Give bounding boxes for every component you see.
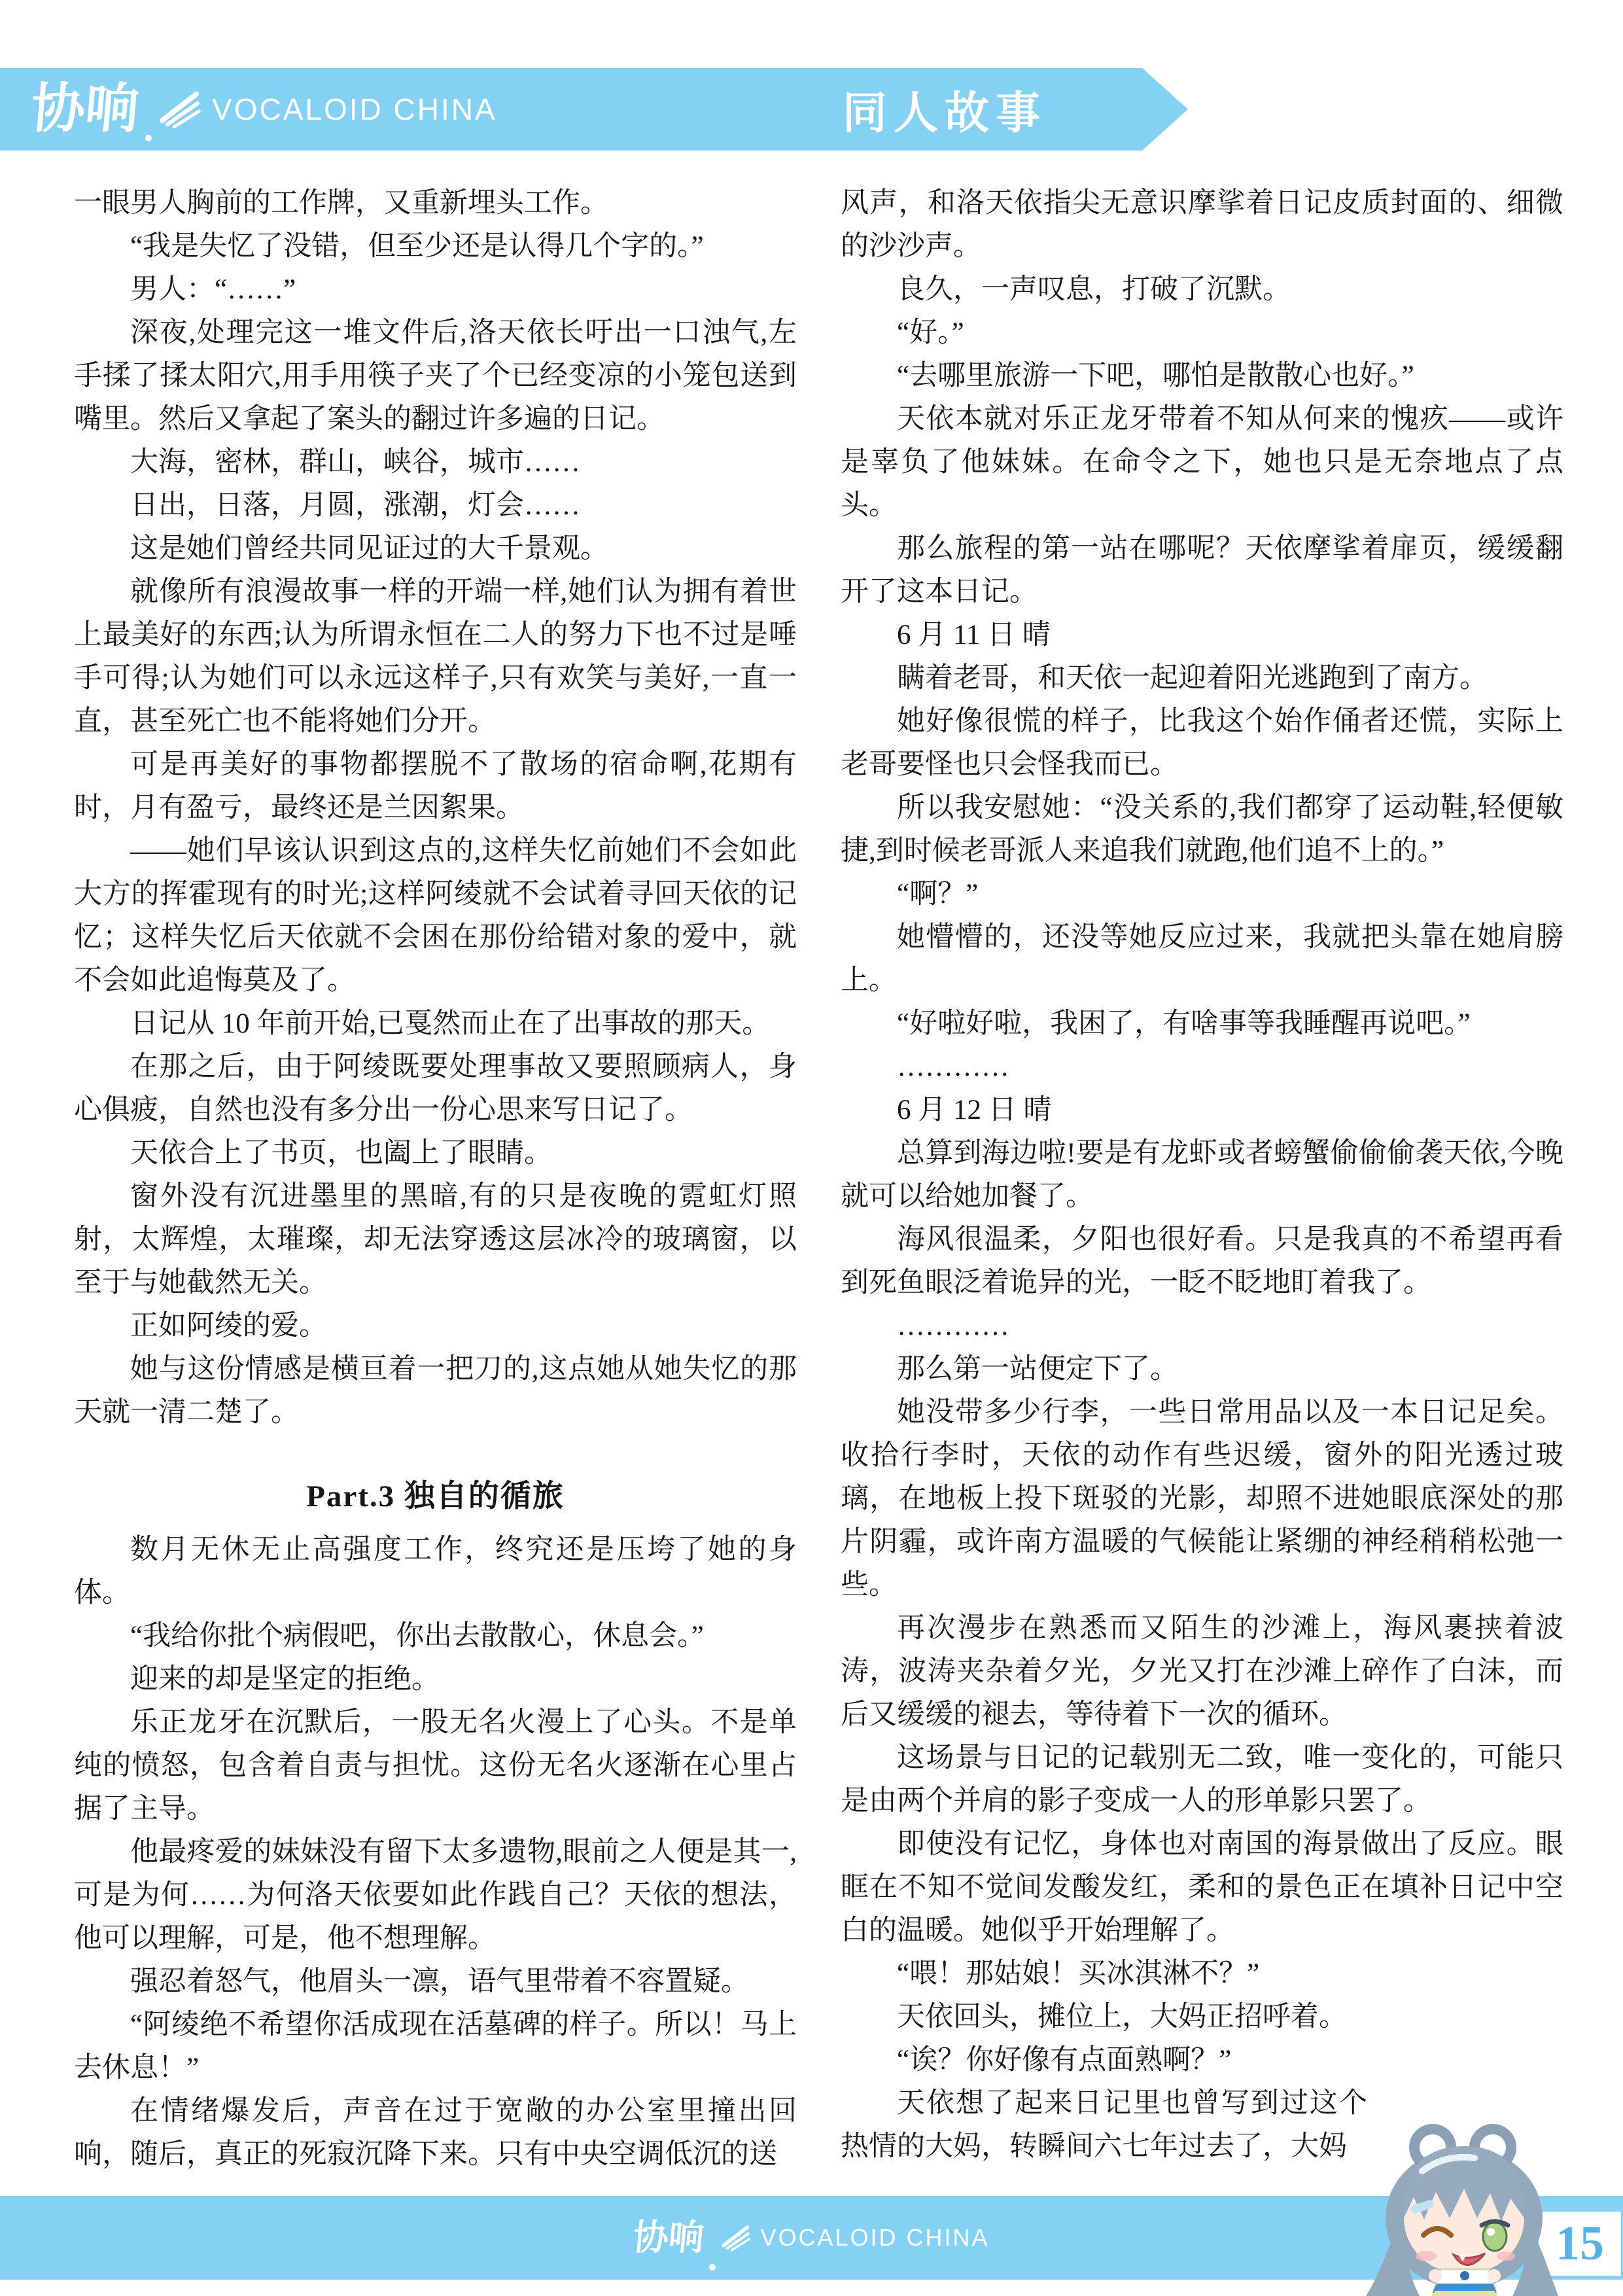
story-paragraph: ——她们早该认识到这点的,这样失忆前她们不会如此大方的挥霍现有的时光;这样阿绫就… xyxy=(74,830,797,1002)
story-paragraph: 日记从 10 年前开始,已戛然而止在了出事故的那天。 xyxy=(74,1002,797,1046)
story-paragraph: 迎来的却是坚定的拒绝。 xyxy=(74,1658,797,1701)
wing-icon xyxy=(721,2224,751,2252)
story-paragraph: 即使没有记忆，身体也对南国的海景做出了反应。眼眶在不知不觉间发酸发红，柔和的景色… xyxy=(841,1823,1563,1952)
section-title: 同人故事 xyxy=(843,68,1047,150)
story-paragraph: 正如阿绫的爱。 xyxy=(74,1305,797,1348)
story-paragraph: 他最疼爱的妹妹没有留下太多遗物,眼前之人便是其一,可是为何……为何洛天依要如此作… xyxy=(74,1831,797,1960)
story-paragraph: “喂！那姑娘！买冰淇淋不？” xyxy=(841,1952,1563,1996)
story-paragraph: 她好像很慌的样子，比我这个始作俑者还慌，实际上老哥要怪也只会怪我而已。 xyxy=(841,700,1563,786)
story-paragraph: 海风很温柔，夕阳也很好看。只是我真的不希望再看到死鱼眼泛着诡异的光，一眨不眨地盯… xyxy=(841,1218,1563,1305)
story-paragraph: 总算到海边啦!要是有龙虾或者螃蟹偷偷偷袭天依,今晚就可以给她加餐了。 xyxy=(841,1132,1563,1218)
story-paragraph: 天依合上了书页，也阖上了眼睛。 xyxy=(74,1132,797,1175)
section-heading: Part.3 独自的循旅 xyxy=(74,1475,797,1518)
story-paragraph: 瞒着老哥，和天依一起迎着阳光逃跑到了南方。 xyxy=(841,657,1563,700)
story-paragraph: 这是她们曾经共同见证过的大千景观。 xyxy=(74,527,797,571)
mascot-dress xyxy=(1429,2269,1501,2296)
story-paragraph: “去哪里旅游一下吧，哪怕是散散心也好。” xyxy=(841,355,1563,398)
story-paragraph: ………… xyxy=(841,1305,1563,1348)
mascot-open-eye xyxy=(1482,2221,1508,2251)
logo-dot xyxy=(145,135,152,141)
story-paragraph: 再次漫步在熟悉而又陌生的沙滩上，海风裹挟着波涛，波涛夹杂着夕光，夕光又打在沙滩上… xyxy=(841,1607,1563,1737)
logo-en-text: VOCALOID CHINA xyxy=(760,2226,989,2250)
story-paragraph: 深夜,处理完这一堆文件后,洛天依长吁出一口浊气,左手揉了揉太阳穴,用手用筷子夹了… xyxy=(74,311,797,441)
story-paragraph: 她与这份情感是横亘着一把刀的,这点她从她失忆的那天就一清二楚了。 xyxy=(74,1348,797,1434)
story-paragraph: 数月无休无止高强度工作，终究还是压垮了她的身体。 xyxy=(74,1528,797,1615)
story-paragraph: “啊？” xyxy=(841,873,1563,916)
story-paragraph: 男人：“……” xyxy=(74,268,797,311)
story-paragraph: 在那之后，由于阿绫既要处理事故又要照顾病人，身心俱疲，自然也没有多分出一份心思来… xyxy=(74,1046,797,1132)
story-paragraph: “好。” xyxy=(841,311,1563,355)
story-paragraph: 大海，密林，群山，峡谷，城市…… xyxy=(74,441,797,484)
story-paragraph: 天依本就对乐正龙牙带着不知从何来的愧疚——或许是辜负了他妹妹。在命令之下，她也只… xyxy=(841,398,1563,527)
left-column: 一眼男人胸前的工作牌，又重新埋头工作。“我是失忆了没错，但至少还是认得几个字的。… xyxy=(74,182,797,2176)
story-paragraph: “我是失忆了没错，但至少还是认得几个字的。” xyxy=(74,225,797,268)
magazine-page: { "theme": { "banner_blue": "#85d1f3", "… xyxy=(0,0,1623,2296)
story-paragraph: 天依回头，摊位上，大妈正招呼着。 xyxy=(841,1996,1563,2039)
right-column: 风声，和洛天依指尖无意识摩挲着日记皮质封面的、细微的沙沙声。良久，一声叹息，打破… xyxy=(841,182,1563,2174)
story-paragraph: 6 月 12 日 晴 xyxy=(841,1089,1563,1132)
header-logo: 协响 VOCALOID CHINA xyxy=(31,68,497,150)
logo-dot xyxy=(709,2264,716,2270)
story-paragraph: ………… xyxy=(841,1046,1563,1089)
story-paragraph: “阿绫绝不希望你活成现在活墓碑的样子。所以！马上去休息！” xyxy=(74,2004,797,2090)
story-paragraph: 日出，日落，月圆，涨潮，灯会…… xyxy=(74,484,797,527)
story-paragraph: 在情绪爆发后，声音在过于宽敞的办公室里撞出回响，随后，真正的死寂沉降下来。只有中… xyxy=(74,2090,797,2176)
story-paragraph: 这场景与日记的记载别无二致，唯一变化的，可能只是由两个并肩的影子变成一人的形单影… xyxy=(841,1737,1563,1823)
story-paragraph: 那么旅程的第一站在哪呢？天依摩挲着扉页，缓缓翻开了这本日记。 xyxy=(841,527,1563,614)
story-paragraph: 一眼男人胸前的工作牌，又重新埋头工作。 xyxy=(74,182,797,225)
story-paragraph: 所以我安慰她：“没关系的,我们都穿了运动鞋,轻便敏捷,到时候老哥派人来追我们就跑… xyxy=(841,786,1563,873)
wing-icon xyxy=(158,90,201,128)
story-paragraph: 就像所有浪漫故事一样的开端一样,她们认为拥有着世上最美好的东西;认为所谓永恒在二… xyxy=(74,571,797,743)
story-paragraph: 风声，和洛天依指尖无意识摩挲着日记皮质封面的、细微的沙沙声。 xyxy=(841,182,1563,268)
story-paragraph: 可是再美好的事物都摆脱不了散场的宿命啊,花期有时，月有盈亏，最终还是兰因絮果。 xyxy=(74,743,797,830)
logo-zh-text: 协响 xyxy=(632,2220,706,2255)
story-paragraph: 那么第一站便定下了。 xyxy=(841,1348,1563,1391)
logo-en-text: VOCALOID CHINA xyxy=(212,94,497,124)
story-paragraph: “好啦好啦，我困了，有啥事等我睡醒再说吧。” xyxy=(841,1002,1563,1046)
story-paragraph: 她懵懵的，还没等她反应过来，我就把头靠在她肩膀上。 xyxy=(841,916,1563,1002)
story-paragraph: “诶？你好像有点面熟啊？” xyxy=(841,2039,1563,2082)
logo-zh-text: 协响 xyxy=(29,82,141,136)
story-paragraph: 她没带多少行李，一些日常用品以及一本日记足矣。收拾行李时，天依的动作有些迟缓，窗… xyxy=(841,1391,1563,1607)
story-paragraph: “我给你批个病假吧，你出去散散心，休息会。” xyxy=(74,1615,797,1658)
story-paragraph: 乐正龙牙在沉默后，一股无名火漫上了心头。不是单纯的愤怒，包含着自责与担忧。这份无… xyxy=(74,1701,797,1831)
story-paragraph: 窗外没有沉进墨里的黑暗,有的只是夜晚的霓虹灯照射，太辉煌，太璀璨，却无法穿透这层… xyxy=(74,1175,797,1305)
mascot-luo-tianyi xyxy=(1355,2119,1573,2296)
story-paragraph: 强忍着怒气，他眉头一凛，语气里带着不容置疑。 xyxy=(74,1960,797,2004)
story-paragraph: 良久，一声叹息，打破了沉默。 xyxy=(841,268,1563,311)
story-paragraph: 6 月 11 日 晴 xyxy=(841,614,1563,657)
